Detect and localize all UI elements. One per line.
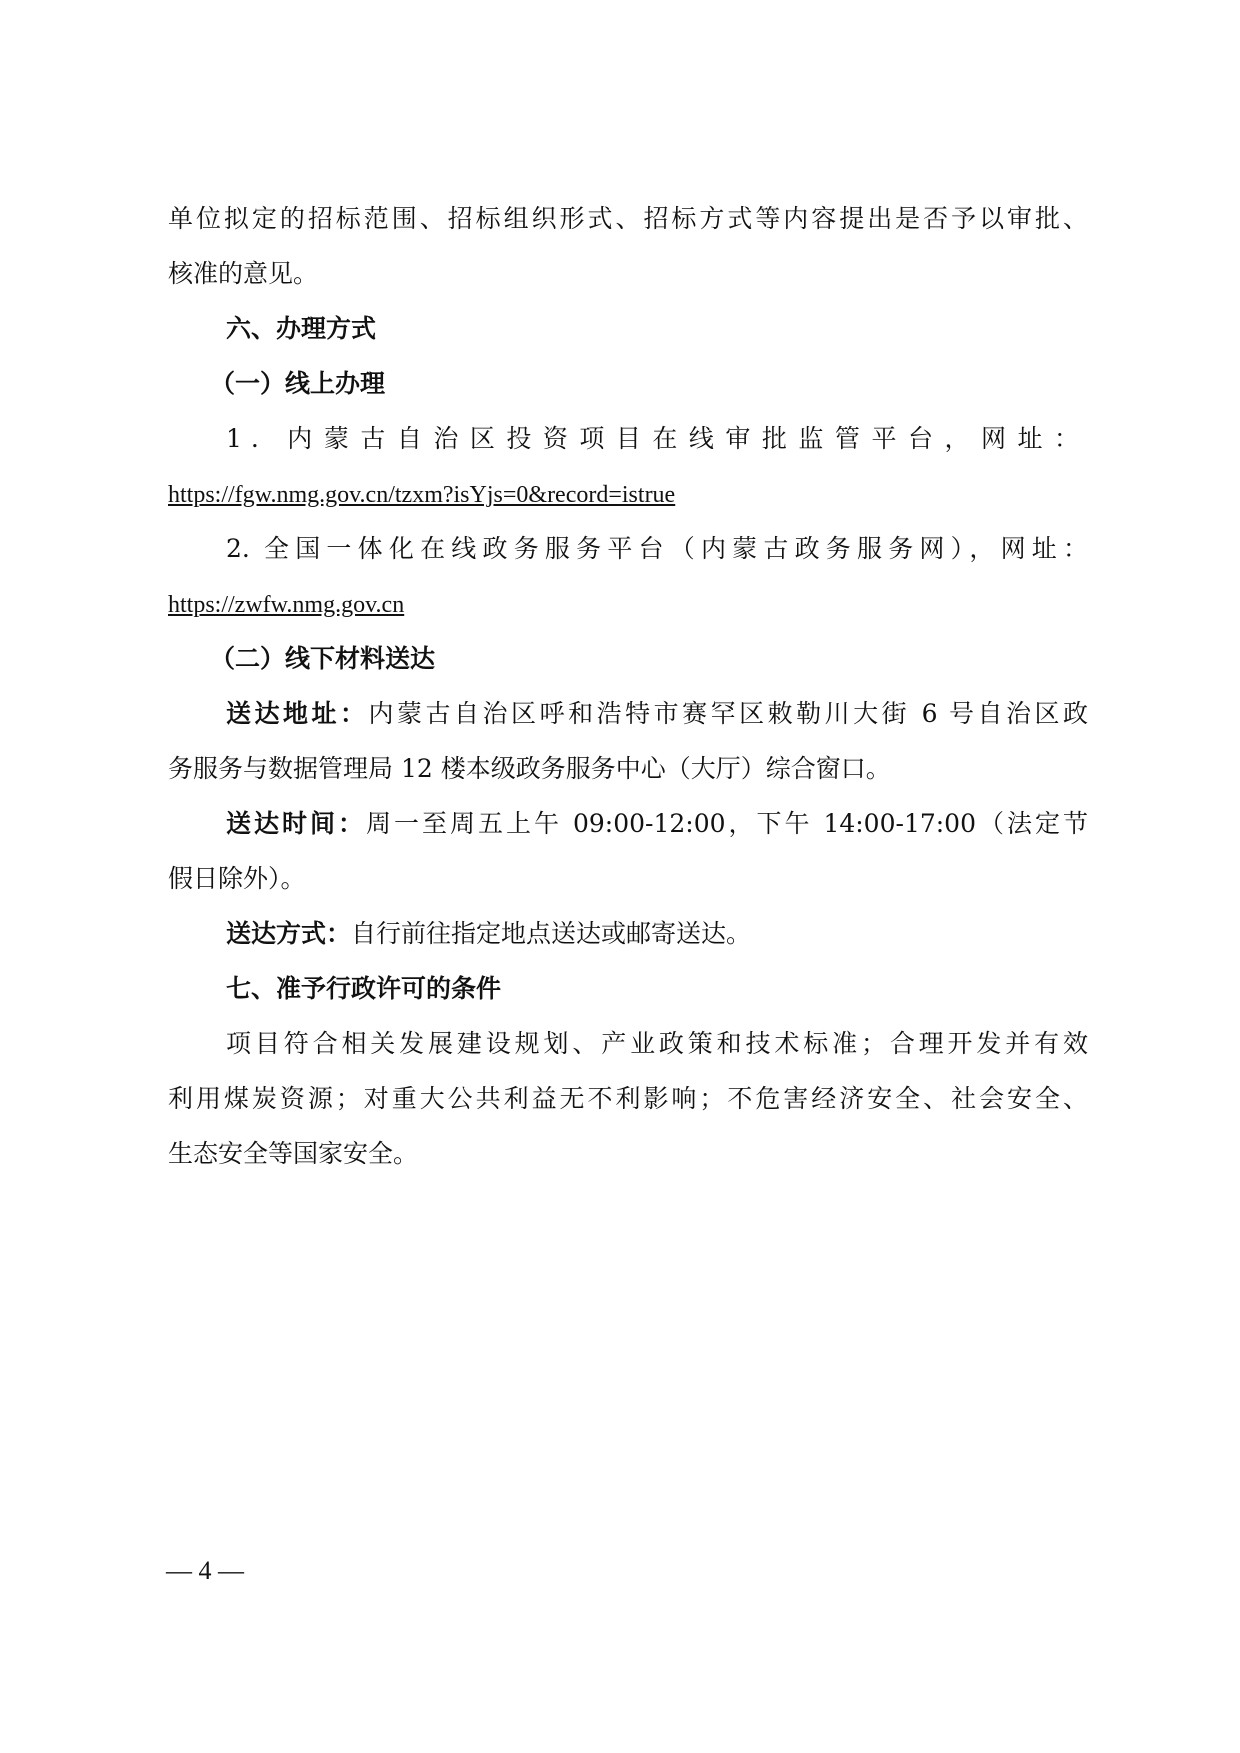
conditions-line-1: 项目符合相关发展建设规划、产业政策和技术标准；合理开发并有效 xyxy=(226,1028,1088,1060)
conditions-line-3: 生态安全等国家安全。 xyxy=(168,1138,1088,1170)
time-label: 送达时间： xyxy=(226,809,366,838)
method-label: 送达方式： xyxy=(226,919,351,948)
paragraph-line: 单位拟定的招标范围、招标组织形式、招标方式等内容提出是否予以审批、 xyxy=(168,203,1088,235)
subsection-heading-online: （一）线上办理 xyxy=(210,368,1072,400)
address-line-2: 务服务与数据管理局 12 楼本级政务服务中心（大厅）综合窗口。 xyxy=(168,753,1088,785)
method-value: 自行前往指定地点送达或邮寄送达。 xyxy=(351,919,751,948)
conditions-line-2: 利用煤炭资源；对重大公共利益无不利影响；不危害经济安全、社会安全、 xyxy=(168,1083,1088,1115)
paragraph-line: 核准的意见。 xyxy=(168,258,1088,290)
address-line: 送达地址：内蒙古自治区呼和浩特市赛罕区敕勒川大街 6 号自治区政 xyxy=(226,698,1088,730)
online-item-1-url-row: https://fgw.nmg.gov.cn/tzxm?isYjs=0&reco… xyxy=(168,478,1088,511)
section-heading-6: 六、办理方式 xyxy=(226,313,1088,345)
section-heading-7: 七、准予行政许可的条件 xyxy=(226,973,1088,1005)
time-line: 送达时间：周一至周五上午 09:00-12:00，下午 14:00-17:00（… xyxy=(226,808,1088,840)
url-link-fgw[interactable]: https://fgw.nmg.gov.cn/tzxm?isYjs=0&reco… xyxy=(168,482,675,508)
time-line-2: 假日除外）。 xyxy=(168,863,1088,895)
address-value: 内蒙古自治区呼和浩特市赛罕区敕勒川大街 6 号自治区政 xyxy=(369,699,1088,728)
online-item-2: 2. 全国一体化在线政务服务平台（内蒙古政务服务网），网址： xyxy=(226,533,1088,565)
method-line: 送达方式：自行前往指定地点送达或邮寄送达。 xyxy=(226,918,1088,950)
online-item-2-url-row: https://zwfw.nmg.gov.cn xyxy=(168,588,1088,621)
time-value: 周一至周五上午 09:00-12:00，下午 14:00-17:00（法定节 xyxy=(366,809,1088,838)
subsection-heading-offline: （二）线下材料送达 xyxy=(210,643,1072,675)
url-link-zwfw[interactable]: https://zwfw.nmg.gov.cn xyxy=(168,592,404,618)
online-item-1: 1. 内蒙古自治区投资项目在线审批监管平台，网址： xyxy=(226,423,1088,455)
address-label: 送达地址： xyxy=(226,699,369,728)
page-number-footer: — 4 — xyxy=(166,1556,244,1586)
